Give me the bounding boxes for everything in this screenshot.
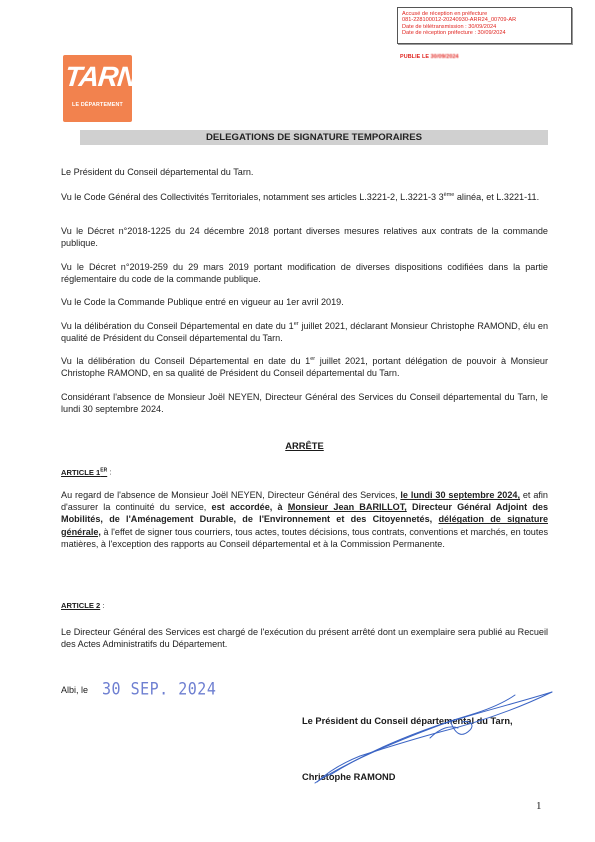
article-1-text: Au regard de l'absence de Monsieur Joël …	[61, 489, 548, 550]
considerant-decret-2018: Vu le Décret n°2018-1225 du 24 décembre …	[61, 225, 548, 249]
publication-stamp: PUBLIE LE 30/09/2024	[400, 54, 459, 60]
considerant-code: Vu le Code la Commande Publique entré en…	[61, 296, 548, 308]
logo-word: TARN	[63, 61, 132, 93]
considerant-deliberation-delegation: Vu la délibération du Conseil Départemen…	[61, 355, 548, 379]
publie-label: PUBLIE LE	[400, 54, 429, 60]
date-highlight: le lundi 30 septembre 2024,	[400, 490, 520, 500]
considerant-absence: Considérant l'absence de Monsieur Joël N…	[61, 391, 548, 415]
document-title: DELEGATIONS DE SIGNATURE TEMPORAIRES	[206, 130, 422, 145]
date-stamp: 30 SEP. 2024	[102, 679, 216, 699]
article-2-heading: ARTICLE 2 :	[61, 601, 104, 610]
considerant-cgct: Vu le Code Général des Collectivités Ter…	[61, 191, 548, 203]
article-2-text: Le Directeur Général des Services est ch…	[61, 626, 548, 650]
signatory-title: Le Président du Conseil départemental du…	[302, 716, 513, 726]
receipt-line: Date de réception préfecture : 30/09/202…	[402, 30, 571, 36]
tarn-logo: TARN LE DÉPARTEMENT	[63, 55, 132, 122]
considerant-decret-2019: Vu le Décret n°2019-259 du 29 mars 2019 …	[61, 261, 548, 285]
page-number: 1	[536, 800, 542, 812]
considerant-deliberation-election: Vu la délibération du Conseil Départemen…	[61, 320, 548, 344]
logo-subtitle: LE DÉPARTEMENT	[63, 102, 132, 108]
signatory-name: Christophe RAMOND	[302, 772, 395, 782]
article-1-heading: ARTICLE 1ER :	[61, 467, 111, 477]
document-title-banner: DELEGATIONS DE SIGNATURE TEMPORAIRES	[80, 130, 548, 145]
intro-text: Le Président du Conseil départemental du…	[61, 166, 548, 178]
arrete-heading: ARRÊTE	[61, 440, 548, 451]
delegate-name: Monsieur Jean BARILLOT,	[288, 502, 407, 512]
publie-date: 30/09/2024	[431, 54, 459, 60]
prefecture-receipt-box: Accusé de réception en préfecture 081-22…	[397, 7, 572, 44]
place-label: Albi, le	[61, 685, 88, 695]
